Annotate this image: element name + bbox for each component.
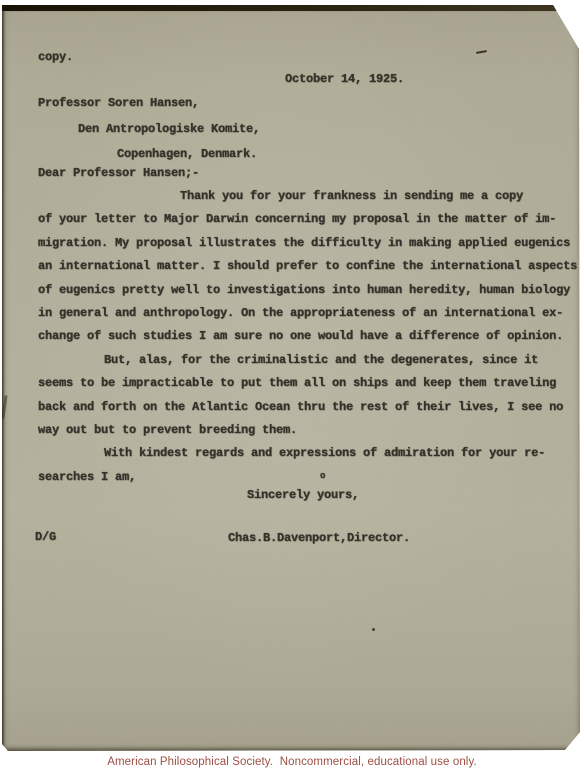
body-line: migration. My proposal illustrates the d…	[38, 232, 568, 255]
body-line: way out but to prevent breeding them.	[38, 419, 568, 442]
body-line: of eugenics pretty well to investigation…	[38, 279, 568, 302]
body-line: an international matter. I should prefer…	[38, 255, 568, 278]
body-line: Thank you for your frankness in sending …	[38, 185, 568, 208]
letter-paper: copy. October 14, 1925. Professor Soren …	[2, 5, 580, 751]
credit-bar: American Philosophical Society. Noncomme…	[0, 751, 584, 772]
credit-text: American Philosophical Society. Noncomme…	[107, 756, 477, 768]
typist-initials: D/G	[35, 530, 56, 544]
body-line: in general and anthropology. On the appr…	[38, 302, 568, 325]
recipient-org-line: Den Antropologiske Komite,	[78, 122, 260, 136]
paper-top-edge	[2, 5, 558, 11]
body-line: back and forth on the Atlantic Ocean thr…	[38, 396, 568, 419]
body-line: But, alas, for the criminalistic and the…	[38, 349, 568, 372]
closing-line: Sincerely yours,	[247, 488, 359, 502]
scan-speck-dash	[476, 50, 487, 54]
paper-left-edge	[2, 5, 5, 751]
date-line: October 14, 1925.	[285, 72, 404, 86]
body-line: searches I am,	[38, 466, 568, 489]
recipient-name-line: Professor Soren Hansen,	[38, 96, 199, 110]
scanned-letter-page: copy. October 14, 1925. Professor Soren …	[0, 0, 584, 772]
letter-body: Thank you for your frankness in sending …	[38, 185, 568, 489]
scan-speck-dot	[372, 628, 375, 631]
copy-label: copy.	[38, 50, 73, 64]
salutation: Dear Professor Hansen;-	[38, 166, 199, 180]
signature-line: Chas.B.Davenport,Director.	[228, 531, 410, 545]
body-line: of your letter to Major Darwin concernin…	[38, 208, 568, 231]
recipient-city-line: Copenhagen, Denmark.	[117, 147, 257, 161]
body-line: change of such studies I am sure no one …	[38, 325, 568, 348]
ink-smudge-mark: o	[320, 471, 325, 482]
body-line: With kindest regards and expressions of …	[38, 442, 568, 465]
body-line: seems to be impracticable to put them al…	[38, 372, 568, 395]
